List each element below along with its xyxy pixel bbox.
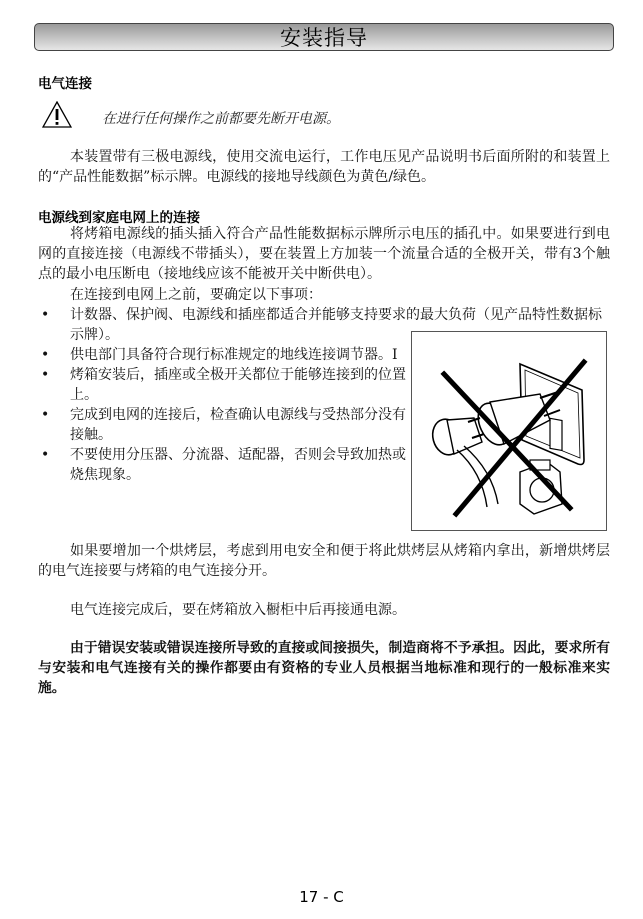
bullet-icon: • (41, 405, 49, 425)
intro-paragraph: 本装置带有三极电源线，使用交流电运行，工作电压见产品说明书后面所附的和装置上的“… (38, 147, 610, 187)
list-item: • 供电部门具备符合现行标准规定的地线连接调节器。I (38, 345, 410, 365)
warning-text: 在进行任何操作之前都要先断开电源。 (102, 108, 340, 128)
adapter-prohibited-figure (411, 331, 607, 531)
no-adapter-illustration-icon (412, 332, 606, 530)
page-number: 17 - C (0, 888, 643, 906)
warning-triangle-icon (42, 101, 72, 128)
oven-layer-paragraph: 如果要增加一个烘烤层，考虑到用电安全和便于将此烘烤层从烤箱内拿出，新增烘烤层的电… (38, 541, 610, 581)
page-title: 安装指导 (280, 22, 368, 52)
bullet-icon: • (41, 445, 49, 465)
heading-electrical-connection: 电气连接 (38, 72, 92, 92)
mains-paragraph: 将烤箱电源线的插头插入符合产品性能数据标示牌所示电压的插孔中。如果要进行到电网的… (38, 224, 610, 284)
bullet-icon: • (41, 305, 49, 325)
bullet-icon: • (41, 345, 49, 365)
heading-mains-connection: 电源线到家庭电网上的连接 (38, 206, 200, 226)
list-item: • 不要使用分压器、分流器、适配器，否则会导致加热或烧焦现象。 (38, 445, 410, 485)
section-header-bar: 安装指导 (34, 23, 614, 51)
disclaimer-paragraph: 由于错误安装或错误连接所导致的直接或间接损失，制造商将不予承担。因此，要求所有与… (38, 638, 610, 698)
checklist-intro: 在连接到电网上之前，要确定以下事项： (38, 285, 610, 305)
bullet-icon: • (41, 365, 49, 385)
after-connection-paragraph: 电气连接完成后，要在烤箱放入橱柜中后再接通电源。 (38, 600, 610, 620)
list-item: • 烤箱安装后，插座或全极开关都位于能够连接到的位置上。 (38, 365, 410, 405)
list-item: • 完成到电网的连接后，检查确认电源线与受热部分没有接触。 (38, 405, 410, 445)
